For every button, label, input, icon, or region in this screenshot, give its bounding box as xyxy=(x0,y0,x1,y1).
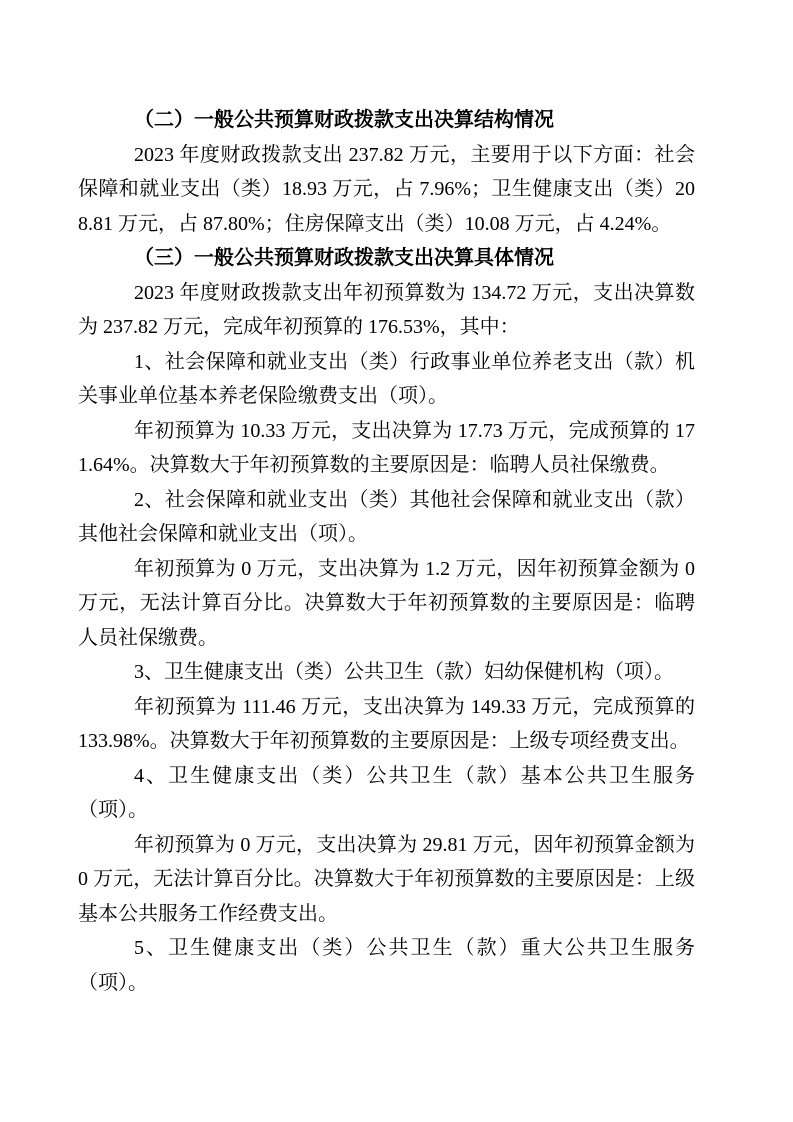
paragraph-item-1-title: 1、社会保障和就业支出（类）行政事业单位养老支出（款）机关事业单位基本养老保险缴… xyxy=(78,345,695,414)
document-page: （二）一般公共预算财政拨款支出决算结构情况 2023 年度财政拨款支出 237.… xyxy=(0,0,793,1122)
paragraph-structure-overview: 2023 年度财政拨款支出 237.82 万元，主要用于以下方面：社会保障和就业… xyxy=(78,138,695,242)
paragraph-item-4-title: 4、卫生健康支出（类）公共卫生（款）基本公共卫生服务（项）。 xyxy=(78,759,695,828)
paragraph-item-3-title: 3、卫生健康支出（类）公共卫生（款）妇幼保健机构（项）。 xyxy=(78,655,695,690)
paragraph-item-5-title: 5、卫生健康支出（类）公共卫生（款）重大公共卫生服务（项）。 xyxy=(78,931,695,1000)
paragraph-item-2-detail: 年初预算为 0 万元，支出决算为 1.2 万元，因年初预算金额为 0 万元，无法… xyxy=(78,552,695,656)
paragraph-item-2-title: 2、社会保障和就业支出（类）其他社会保障和就业支出（款）其他社会保障和就业支出（… xyxy=(78,483,695,552)
paragraph-details-overview: 2023 年度财政拨款支出年初预算数为 134.72 万元，支出决算数为 237… xyxy=(78,276,695,345)
paragraph-item-4-detail: 年初预算为 0 万元，支出决算为 29.81 万元，因年初预算金额为 0 万元，… xyxy=(78,828,695,932)
section-heading-details: （三）一般公共预算财政拨款支出决算具体情况 xyxy=(78,241,695,276)
section-heading-structure: （二）一般公共预算财政拨款支出决算结构情况 xyxy=(78,103,695,138)
paragraph-item-3-detail: 年初预算为 111.46 万元，支出决算为 149.33 万元，完成预算的 13… xyxy=(78,690,695,759)
paragraph-item-1-detail: 年初预算为 10.33 万元，支出决算为 17.73 万元，完成预算的 171.… xyxy=(78,414,695,483)
